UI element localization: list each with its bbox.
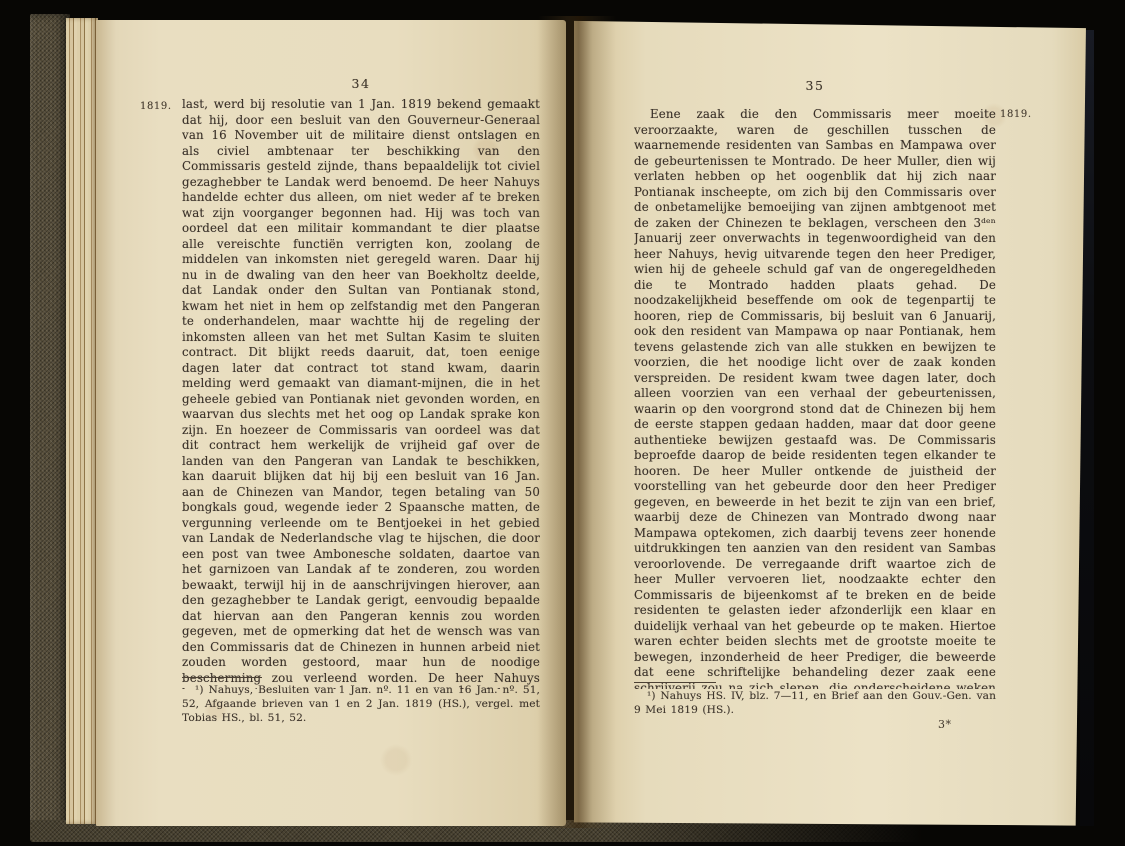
paragraph: Eene zaak die den Commissaris meer moeit… — [634, 107, 996, 689]
body-text-left: last, werd bij resolutie van 1 Jan. 1819… — [182, 97, 540, 689]
footnote-left: ¹) Nahuys, Besluiten van 1 Jan. nº. 11 e… — [182, 684, 540, 725]
page-number-right: 35 — [634, 78, 996, 93]
footnote-rule-left — [182, 677, 262, 678]
page-right: 35 1819. Eene zaak die den Commissaris m… — [574, 16, 1088, 828]
page-left: 34 1819. last, werd bij resolutie van 1 … — [96, 20, 566, 826]
signature-mark: 3* — [938, 718, 952, 731]
margin-year-note-right: 1819. — [1000, 109, 1032, 120]
paragraph: last, werd bij resolutie van 1 Jan. 1819… — [182, 97, 540, 689]
book-cover-spine — [30, 14, 70, 828]
margin-year-note-left: 1819. — [140, 101, 172, 112]
footnote-right: ¹) Nahuys HS. IV, blz. 7—11, en Brief aa… — [634, 690, 996, 718]
page-edges-stack — [66, 18, 98, 824]
footnote-rule-right — [634, 682, 716, 683]
page-number-left: 34 — [182, 76, 540, 91]
body-text-right: Eene zaak die den Commissaris meer moeit… — [634, 107, 996, 689]
book-photo: 34 1819. last, werd bij resolutie van 1 … — [0, 0, 1125, 846]
